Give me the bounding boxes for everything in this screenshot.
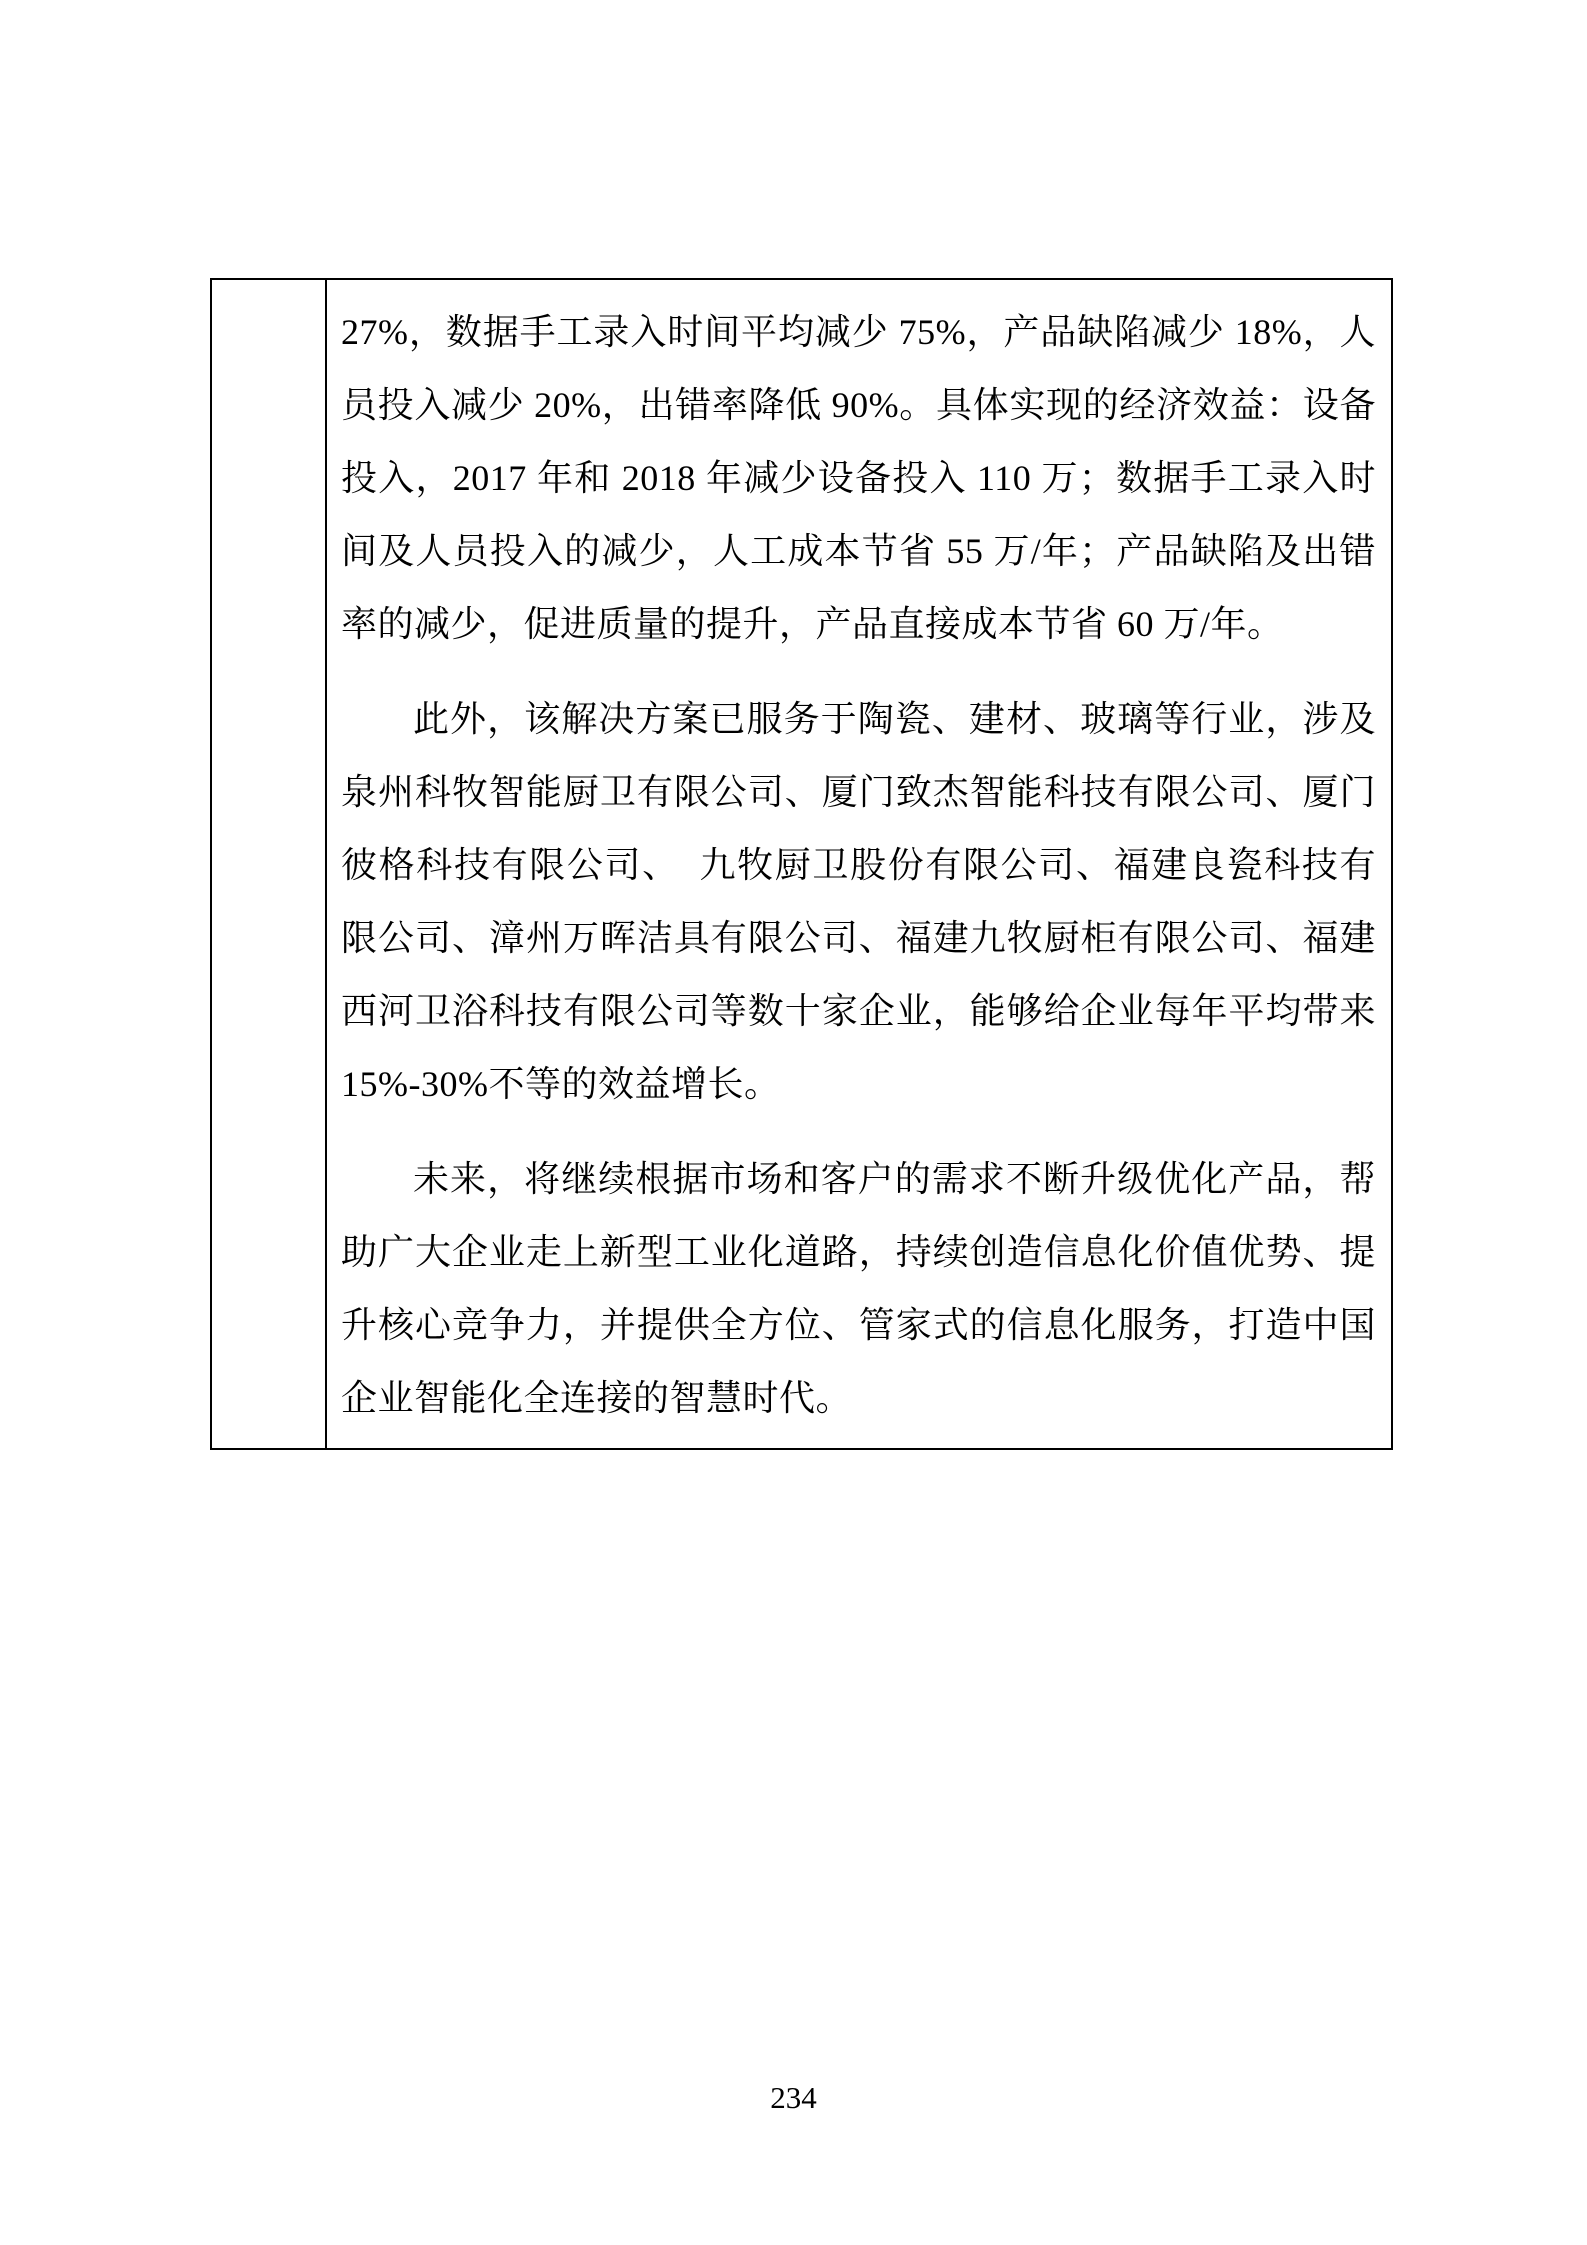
paragraph-industry-clients: 此外，该解决方案已服务于陶瓷、建材、玻璃等行业，涉及泉州科牧智能厨卫有限公司、厦… xyxy=(341,683,1376,1121)
table-cell-empty xyxy=(212,280,327,1448)
paragraph-economic-benefits: 27%，数据手工录入时间平均减少 75%，产品缺陷减少 18%，人员投入减少 2… xyxy=(341,296,1376,661)
paragraph-future-outlook: 未来，将继续根据市场和客户的需求不断升级优化产品，帮助广大企业走上新型工业化道路… xyxy=(341,1143,1376,1435)
page-number: 234 xyxy=(0,2078,1587,2118)
content-table: 27%，数据手工录入时间平均减少 75%，产品缺陷减少 18%，人员投入减少 2… xyxy=(210,278,1393,1450)
document-page: 27%，数据手工录入时间平均减少 75%，产品缺陷减少 18%，人员投入减少 2… xyxy=(0,0,1587,2245)
table-cell-content: 27%，数据手工录入时间平均减少 75%，产品缺陷减少 18%，人员投入减少 2… xyxy=(327,280,1391,1448)
